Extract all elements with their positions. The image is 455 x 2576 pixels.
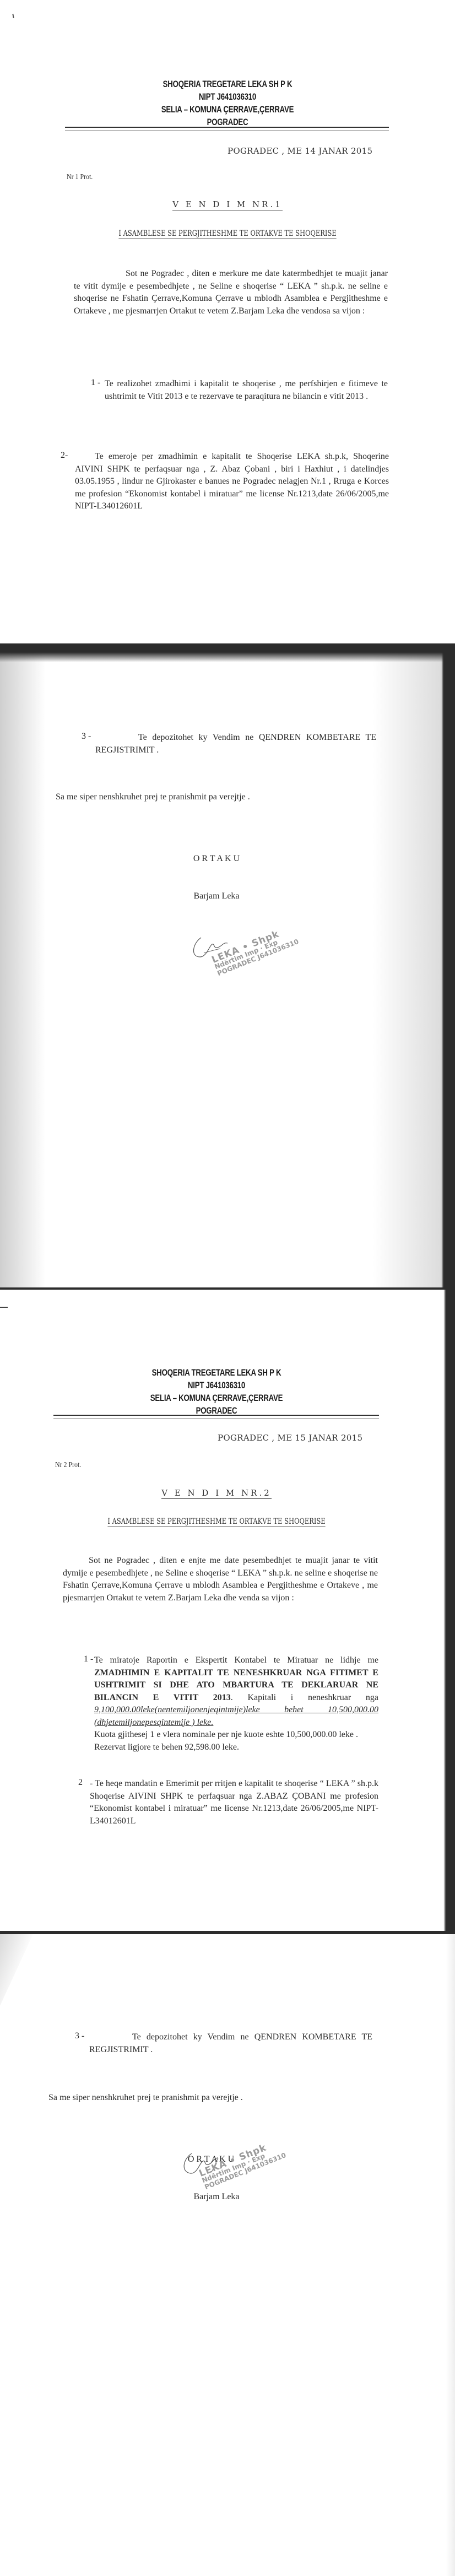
company-seat: SELIA – KOMUNA ÇERRAVE,ÇERRAVE xyxy=(50,104,405,116)
signatory-name: Barjam Leka xyxy=(0,891,444,901)
document-date: POGRADEC , ME 15 JANAR 2015 xyxy=(218,1433,362,1443)
page-fold xyxy=(0,1934,33,2006)
capital-amount: 9,100,000.00leke(nentemiljonenjeqintmije… xyxy=(94,1705,378,1727)
item-2-text: - Te heqe mandatin e Emerimit per rritje… xyxy=(90,1778,378,1827)
decision-title: V E N D I M NR.2 xyxy=(0,1488,444,1498)
decision-title-text: V E N D I M NR.2 xyxy=(161,1488,272,1499)
scan-page-3: SHOQERIA TREGETARE LEKA SH P K NIPT J641… xyxy=(0,1290,455,1931)
signatory-title: O R T A K U xyxy=(0,854,444,864)
item-number: 1 - xyxy=(91,378,100,388)
closing-statement: Sa me siper nenshkruhet prej te pranishm… xyxy=(56,791,386,804)
document-date: POGRADEC , ME 14 JANAR 2015 xyxy=(227,146,372,156)
scan-page-1: SHOQERIA TREGETARE LEKA SH P K NIPT J641… xyxy=(0,0,455,643)
signature-stamp: LEKA • Shpk Ndërtim Imp · Exp POGRADEC J… xyxy=(190,932,300,982)
item-number: 1 - xyxy=(84,1654,93,1664)
decision-subtitle-text: I ASAMBLESE SE PERGJITHESHME TE ORTAKVE … xyxy=(118,229,336,239)
decision-title-text: V E N D I M NR.1 xyxy=(172,199,283,210)
item-number: 3 - xyxy=(82,732,91,742)
item-1-text: Te realizohet zmadhimi i kapitalit te sh… xyxy=(105,378,388,403)
signature-stamp-visual: LEKA • Shpk Ndërtim Imp · Exp POGRADEC J… xyxy=(180,2149,290,2199)
item-1-after-bold: . Kapitali i neneshkruar nga xyxy=(231,1693,378,1702)
quota-text: Kuota gjithesej 1 e vlera nominale per n… xyxy=(94,1729,378,1741)
item-3-text: Te depozitohet ky Vendim ne QENDREN KOMB… xyxy=(95,732,376,756)
company-name: SHOQERIA TREGETARE LEKA SH P K xyxy=(39,1367,394,1379)
closing-statement: Sa me siper nenshkruhet prej te pranishm… xyxy=(48,2092,379,2104)
header-rule xyxy=(65,127,389,131)
page-curl xyxy=(0,646,455,662)
company-nipt: NIPT J641036310 xyxy=(50,91,405,103)
company-name: SHOQERIA TREGETARE LEKA SH P K xyxy=(50,78,405,90)
header-rule xyxy=(53,1415,379,1419)
decision-subtitle-text: I ASAMBLESE SE PERGJITHESHME TE ORTAKVE … xyxy=(107,1517,325,1527)
margin-mark xyxy=(0,1307,8,1308)
item-1-lead: Te miratoje Raportin e Ekspertit Kontabe… xyxy=(94,1655,378,1665)
scan-page-4: 3 - Te depozitohet ky Vendim ne QENDREN … xyxy=(0,1934,455,2576)
protocol-number: Nr 1 Prot. xyxy=(67,173,93,182)
company-nipt: NIPT J641036310 xyxy=(39,1379,394,1392)
scan-page-2: 3 - Te depozitohet ky Vendim ne QENDREN … xyxy=(0,646,455,1287)
item-number: 2 xyxy=(78,1778,83,1788)
item-2-text: Te emeroje per zmadhimin e kapitalit te … xyxy=(75,451,389,513)
protocol-number: Nr 2 Prot. xyxy=(55,1461,81,1470)
decision-title: V E N D I M NR.1 xyxy=(0,199,455,209)
item-1-text: Te miratoje Raportin e Ekspertit Kontabe… xyxy=(94,1654,378,1754)
item-number: 3 - xyxy=(75,2031,84,2041)
intro-paragraph: Sot ne Pogradec , diten e merkure me dat… xyxy=(74,268,388,317)
decision-subtitle: I ASAMBLESE SE PERGJITHESHME TE ORTAKVE … xyxy=(0,229,455,239)
reserve-text: Rezervat ligjore te behen 92,598.00 leke… xyxy=(94,1741,378,1754)
company-seat: SELIA – KOMUNA ÇERRAVE,ÇERRAVE xyxy=(39,1392,394,1404)
decision-subtitle: I ASAMBLESE SE PERGJITHESHME TE ORTAKVE … xyxy=(0,1517,444,1527)
intro-paragraph: Sot ne Pogradec , diten e enjte me date … xyxy=(63,1555,378,1604)
margin-mark xyxy=(12,14,14,18)
item-3-text: Te depozitohet ky Vendim ne QENDREN KOMB… xyxy=(89,2031,372,2056)
item-number: 2- xyxy=(61,451,68,461)
